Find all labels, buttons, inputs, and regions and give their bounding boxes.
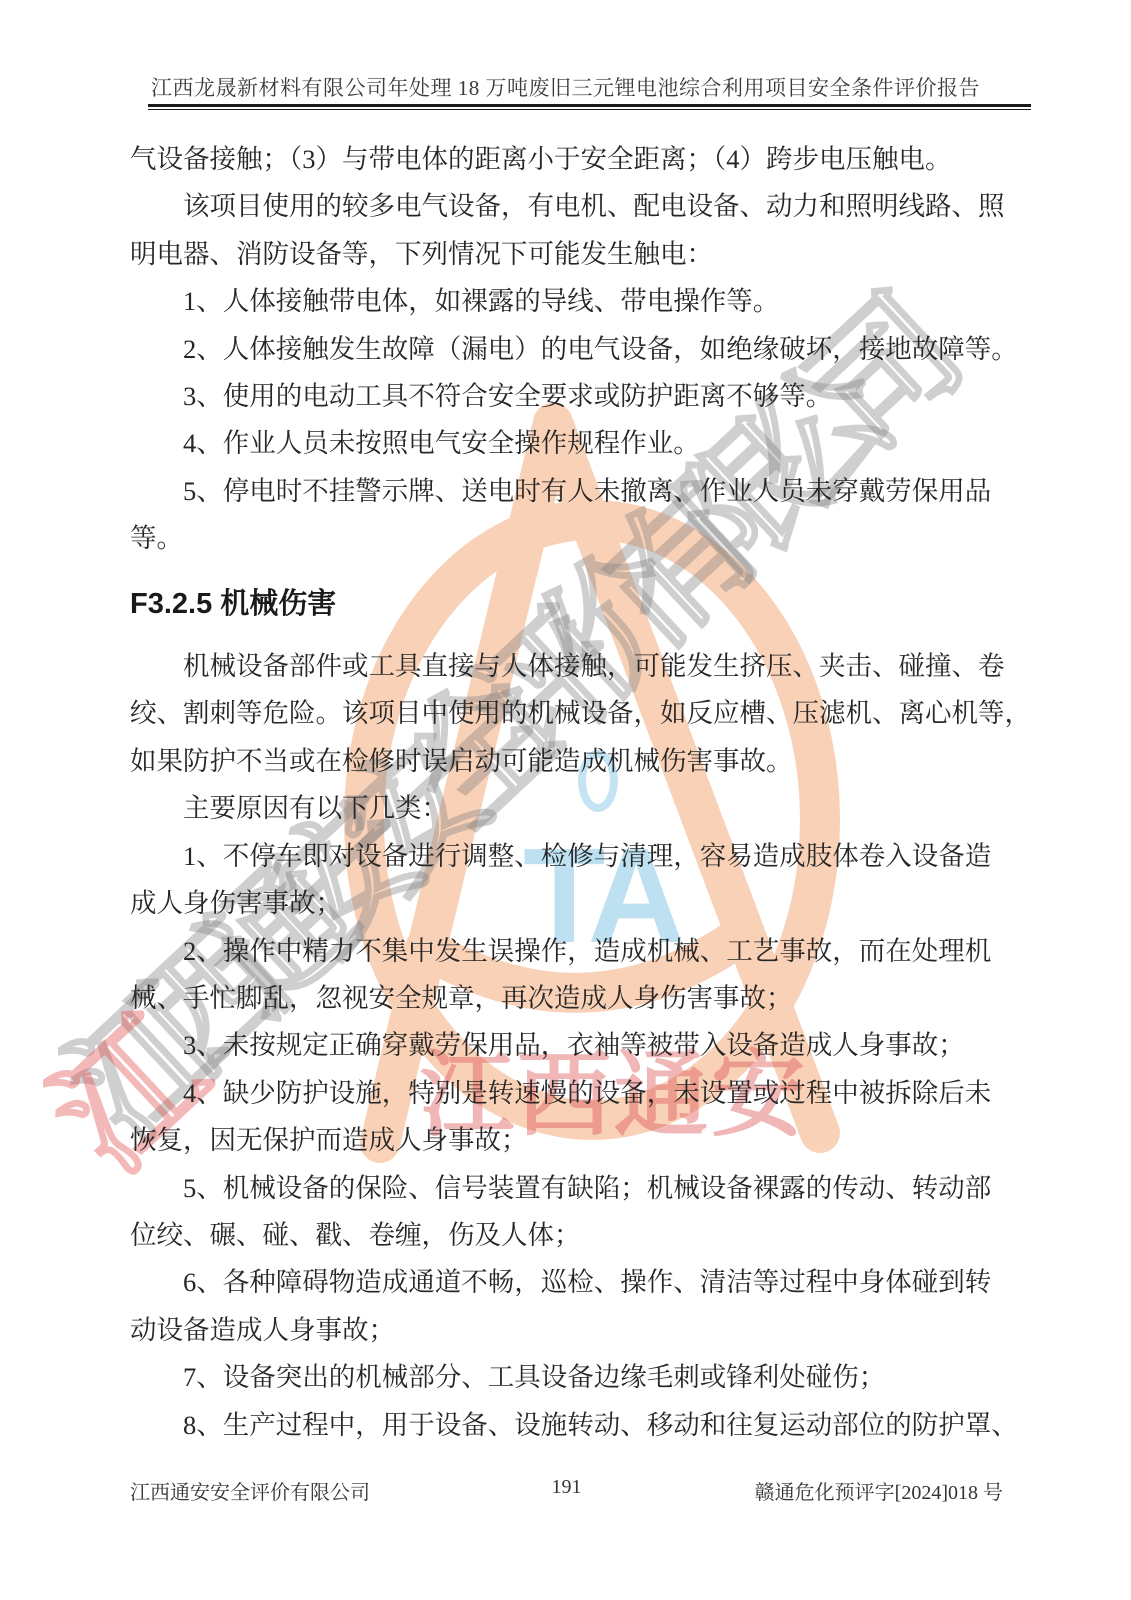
header-rule	[148, 104, 1031, 110]
text-line: 机械设备部件或工具直接与人体接触，可能发生挤压、夹击、碰撞、卷	[130, 643, 1010, 690]
document-page: 江西通安安全评价有限公司 江 TA 江西通安 江西龙晟新材料有限公司年处理 18…	[0, 0, 1131, 1600]
document-body: 气设备接触；（3）与带电体的距离小于安全距离；（4）跨步电压触电。该项目使用的较…	[130, 136, 1010, 1449]
text-line: 8、生产过程中，用于设备、设施转动、移动和往复运动部位的防护罩、	[130, 1402, 1010, 1449]
text-line: 3、未按规定正确穿戴劳保用品，衣袖等被带入设备造成人身事故；	[130, 1022, 1010, 1069]
text-line: 3、使用的电动工具不符合安全要求或防护距离不够等。	[130, 373, 1010, 420]
text-line: 动设备造成人身事故；	[130, 1307, 1010, 1354]
text-line: 主要原因有以下几类：	[130, 785, 1010, 832]
text-line: 位绞、碾、碰、戳、卷缠，伤及人体；	[130, 1212, 1010, 1259]
text-line: 恢复，因无保护而造成人身事故；	[130, 1117, 1010, 1164]
text-line: 明电器、消防设备等，下列情况下可能发生触电：	[130, 231, 1010, 278]
text-line: 1、不停车即对设备进行调整、检修与清理，容易造成肢体卷入设备造	[130, 833, 1010, 880]
text-line: 2、人体接触发生故障（漏电）的电气设备，如绝缘破坏，接地故障等。	[130, 326, 1010, 373]
text-line: 6、各种障碍物造成通道不畅，巡检、操作、清洁等过程中身体碰到转	[130, 1259, 1010, 1306]
text-line: 成人身伤害事故；	[130, 880, 1010, 927]
text-line: 5、机械设备的保险、信号装置有缺陷；机械设备裸露的传动、转动部	[130, 1165, 1010, 1212]
text-line: 1、人体接触带电体，如裸露的导线、带电操作等。	[130, 278, 1010, 325]
section-heading: F3.2.5 机械伤害	[130, 581, 1010, 628]
text-line: 绞、割刺等危险。该项目中使用的机械设备，如反应槽、压滤机、离心机等，	[130, 690, 1010, 737]
text-line: 4、作业人员未按照电气安全操作规程作业。	[130, 420, 1010, 467]
text-line: 2、操作中精力不集中发生误操作，造成机械、工艺事故，而在处理机	[130, 928, 1010, 975]
text-line: 械、手忙脚乱，忽视安全规章，再次造成人身伤害事故；	[130, 975, 1010, 1022]
text-line: 该项目使用的较多电气设备，有电机、配电设备、动力和照明线路、照	[130, 183, 1010, 230]
text-line: 5、停电时不挂警示牌、送电时有人未撤离、作业人员未穿戴劳保用品	[130, 468, 1010, 515]
text-line: 等。	[130, 515, 1010, 562]
text-line: 7、设备突出的机械部分、工具设备边缘毛刺或锋利处碰伤；	[130, 1354, 1010, 1401]
text-line: 4、缺少防护设施，特别是转速慢的设备，未设置或过程中被拆除后未	[130, 1070, 1010, 1117]
text-line: 如果防护不当或在检修时误启动可能造成机械伤害事故。	[130, 738, 1010, 785]
footer-doc-number: 赣通危化预评字[2024]018 号	[755, 1476, 1003, 1505]
header-title: 江西龙晟新材料有限公司年处理 18 万吨废旧三元锂电池综合利用项目安全条件评价报…	[90, 72, 1041, 102]
text-line: 气设备接触；（3）与带电体的距离小于安全距离；（4）跨步电压触电。	[130, 136, 1010, 183]
